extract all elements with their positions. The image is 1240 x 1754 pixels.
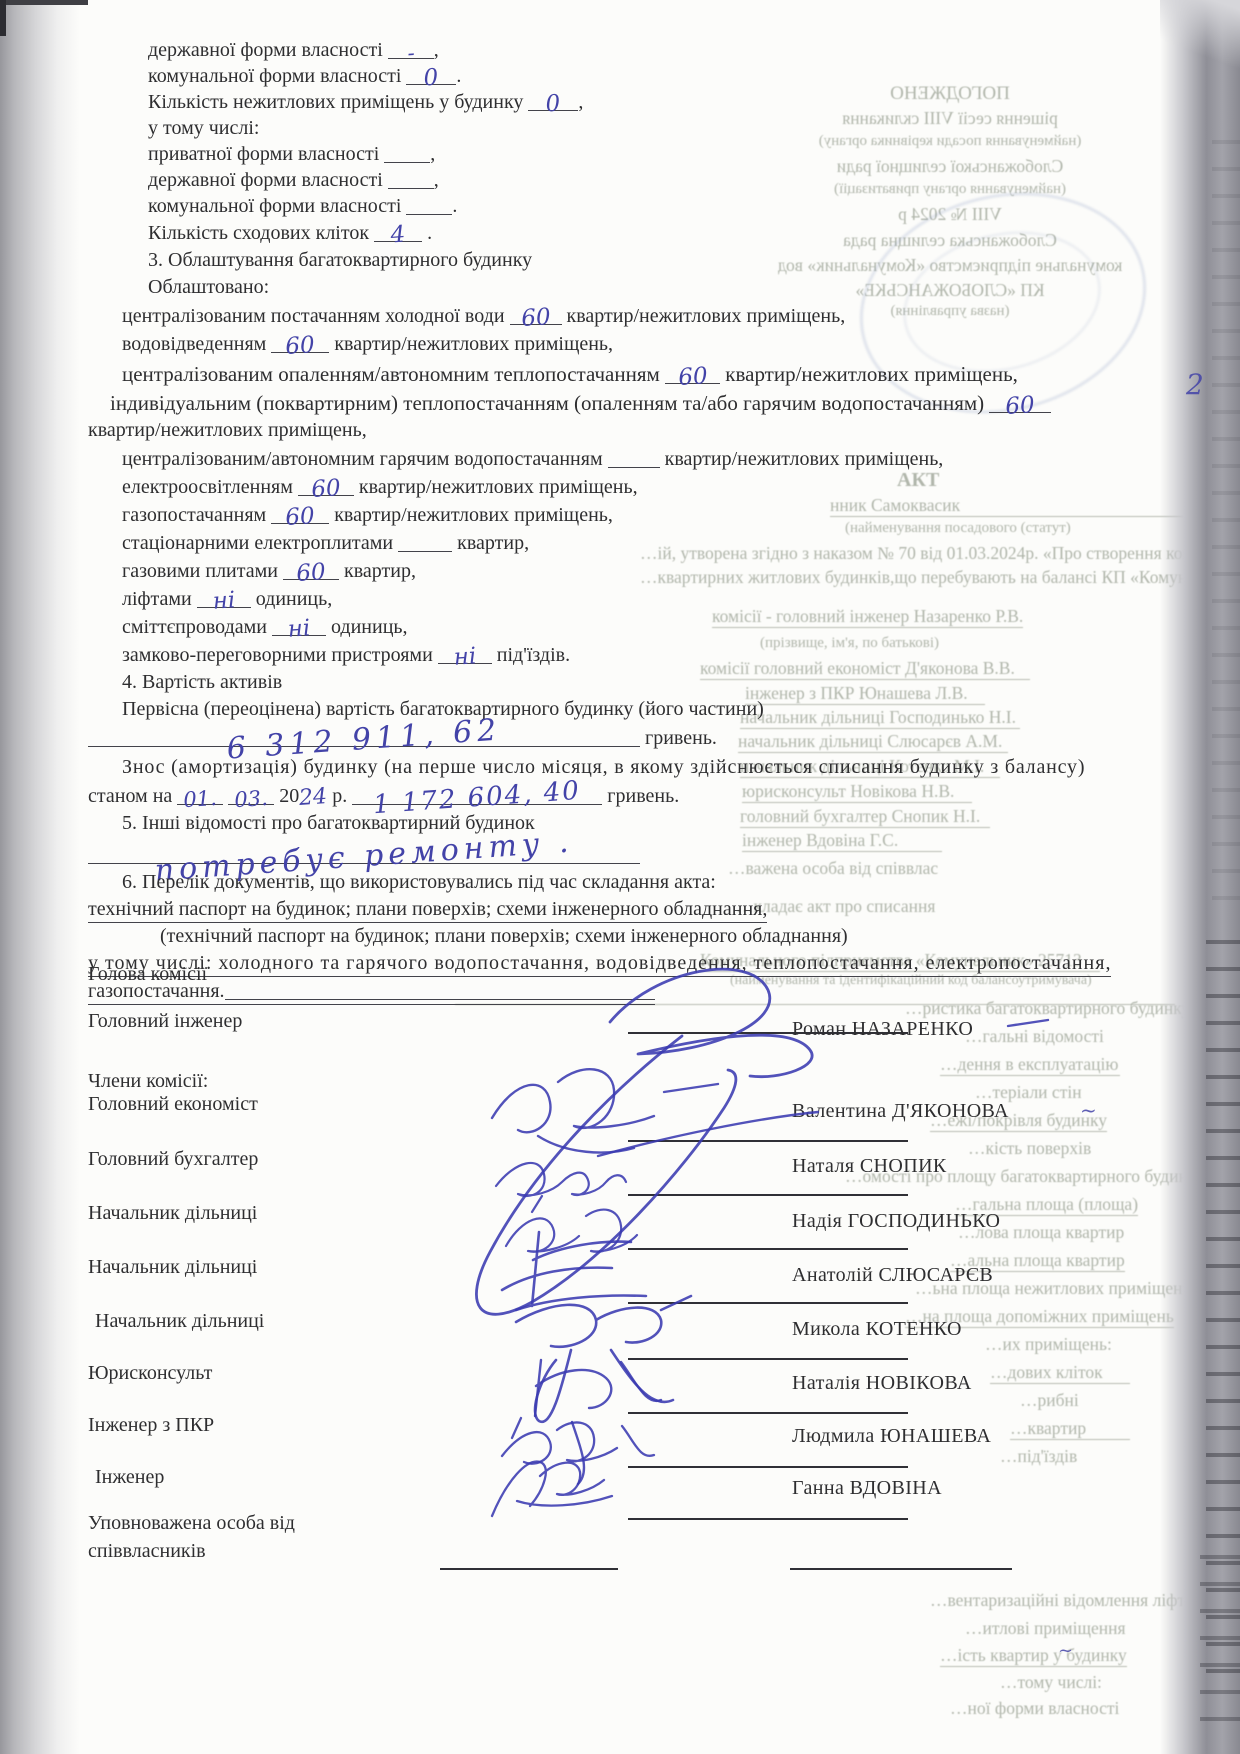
print-text: квартир/нежитлових приміщень, <box>329 333 613 355</box>
print-text: у тому числі: <box>148 117 259 139</box>
bleedthrough-text: (найменування органу приватизації) <box>680 182 1220 197</box>
bleedthrough-text: Слобожанська селищна рада <box>680 232 1220 250</box>
print-text: Знос (амортизація) будинку (на перше чис… <box>122 756 1085 778</box>
print-text: р. <box>327 785 352 807</box>
blank-line: 03. <box>228 787 274 805</box>
handwritten-entry: 03. <box>234 787 269 811</box>
bleedthrough-text: начальник дільниці Господинько Н.І. <box>740 709 1020 729</box>
bleedthrough-text: (прізвище, ім'я, по батькові) <box>760 636 939 651</box>
print-line: стаціонарними електроплитами квартир, <box>122 533 529 554</box>
print-line: Знос (амортизація) будинку (на перше чис… <box>122 757 1085 778</box>
handwritten-entry: 01. <box>183 787 218 811</box>
print-line: централізованим/автономним гарячим водоп… <box>122 449 943 470</box>
print-line: замково-переговорними пристроями ні під'… <box>122 645 570 666</box>
print-text: газовими плитами <box>122 560 283 582</box>
blank-line: 6 312 911, 62 <box>88 729 640 747</box>
handwritten-entry: ні <box>212 588 236 614</box>
blank-line: 60 <box>298 478 354 496</box>
print-line: технічний паспорт на будинок; плани пове… <box>88 899 767 923</box>
bleedthrough-text: комісії - головний інженер Назаренко Р.В… <box>712 608 1023 628</box>
blank-line: 0 <box>406 67 456 85</box>
document-page: ПОГОДЖЕНОрішення сесії VIII скликання(на… <box>0 0 1240 1754</box>
bleedthrough-text: комунальне підприємство «Комунальник» во… <box>680 257 1220 275</box>
print-line: (технічний паспорт на будинок; плани пов… <box>160 926 848 947</box>
print-line: у тому числі: <box>148 118 259 139</box>
print-text: централізованим постачанням холодної вод… <box>122 305 510 327</box>
bleedthrough-text: …вентаризаційні відомлення ліфта <box>930 1592 1193 1610</box>
print-text: під'їздів. <box>492 644 570 666</box>
print-text: квартир, <box>339 560 416 582</box>
blank-line: ні <box>438 646 492 664</box>
print-text: квартир/нежитлових приміщень, <box>660 448 944 470</box>
print-line: газопостачанням 60 квартир/нежитлових пр… <box>122 505 613 526</box>
page-edge-dashes <box>1206 940 1240 1680</box>
blank-line: - <box>388 41 434 59</box>
bleedthrough-text: (найменування посадового (статут) <box>845 521 1071 536</box>
blank-line <box>406 197 452 215</box>
print-text: квартир/нежитлових приміщень, <box>329 504 613 526</box>
print-text: квартир, <box>452 532 529 554</box>
signatory-role-label: Начальник дільниці <box>88 1256 257 1279</box>
print-text: , <box>578 91 583 113</box>
print-line: централізованим опаленням/автономним теп… <box>122 363 1018 385</box>
print-line: державної форми власності -, <box>148 40 439 61</box>
signature-stroke <box>492 1069 718 1152</box>
bleedthrough-text: інженер з ПКР Юнашева Л.В. <box>745 685 985 705</box>
signatory-role-label: Голова комісії <box>88 963 207 986</box>
blank-line: 60 <box>271 506 329 524</box>
print-text: 3. Облаштування багатоквартирного будинк… <box>148 249 532 271</box>
signatory-role-label: Головний інженер <box>88 1010 242 1033</box>
print-text: . <box>452 195 457 217</box>
blank-line <box>608 450 660 468</box>
print-text: квартир/нежитлових приміщень, <box>562 305 846 327</box>
handwritten-entry: 24 <box>299 785 329 810</box>
print-line: централізованим постачанням холодної вод… <box>122 306 845 327</box>
handwritten-entry: 4 <box>390 222 406 247</box>
print-text: одиниць, <box>326 616 408 638</box>
ink-mark: 2 <box>1186 368 1204 401</box>
print-text: централізованим/автономним гарячим водоп… <box>122 448 608 470</box>
signatory-role-label: Головний бухгалтер <box>88 1148 258 1171</box>
scan-corner-mark <box>0 0 6 36</box>
print-text: (технічний паспорт на будинок; плани пов… <box>160 925 848 947</box>
print-text: 6. Перелік документів, що використовувал… <box>122 871 716 893</box>
page-edge-dashes <box>1200 1555 1240 1725</box>
print-line: Кількість нежитлових приміщень у будинку… <box>148 92 583 113</box>
bleedthrough-text: VIII № 2024 р <box>680 206 1220 224</box>
blank-line: 01. <box>177 787 223 805</box>
bleedthrough-text: …ій, утворена згідно з наказом № 70 від … <box>640 545 1240 563</box>
print-text: станом на <box>88 785 177 807</box>
bleedthrough-text: рішення сесії VIII скликання <box>680 110 1220 128</box>
bleedthrough-text: …ість квартир у будинку <box>940 1647 1127 1667</box>
print-text: стаціонарними електроплитами <box>122 532 398 554</box>
signatures-overlay <box>420 960 1100 1580</box>
print-text: централізованим опаленням/автономним теп… <box>122 362 665 386</box>
page-corner <box>1160 0 1240 70</box>
signatory-role-label: Головний економіст <box>88 1093 258 1116</box>
print-text: електроосвітленням <box>122 476 298 498</box>
print-text: 4. Вартість активів <box>122 671 282 693</box>
handwritten-entry: 60 <box>285 504 316 530</box>
handwritten-entry: ні <box>287 616 311 642</box>
handwritten-entry: 60 <box>677 364 708 390</box>
handwritten-entry: 0 <box>545 91 561 116</box>
print-text: індивідуальним (поквартирним) теплопоста… <box>110 391 989 415</box>
print-line: 4. Вартість активів <box>122 672 282 693</box>
handwritten-entry: 60 <box>310 476 341 502</box>
print-line: газовими плитами 60 квартир, <box>122 561 416 582</box>
print-text: , <box>430 143 435 165</box>
print-text: газопостачанням <box>122 504 271 526</box>
print-text: комунальної форми власності <box>148 195 406 217</box>
bleedthrough-text: головний бухгалтер Снопик Н.І. <box>740 808 990 828</box>
signatory-role-label: Начальник дільниці <box>88 1202 257 1225</box>
signature-stroke <box>598 1020 1048 1156</box>
handwritten-entry: 60 <box>520 305 551 331</box>
print-line: потребує ремонту . <box>88 845 640 866</box>
print-line: станом на 01. 03. 2024 р. 1 172 604, 40 … <box>88 786 679 809</box>
print-line: комунальної форми власності 0. <box>148 66 461 87</box>
blank-line: ні <box>272 618 326 636</box>
blank-line: 1 172 604, 40 <box>352 787 602 805</box>
handwritten-entry: 60 <box>285 333 316 359</box>
blank-line <box>398 534 452 552</box>
print-text: сміттєпроводами <box>122 616 272 638</box>
bleedthrough-text: ПОГОДЖЕНО <box>680 84 1220 103</box>
signatory-role-label: співвласників <box>88 1540 206 1563</box>
bleedthrough-text: комісії головний економіст Д'яконова В.В… <box>700 660 1030 680</box>
print-text: ліфтами <box>122 588 197 610</box>
handwritten-entry: 0 <box>423 65 439 90</box>
print-text: Кількість нежитлових приміщень у будинку <box>148 91 528 113</box>
handwritten-entry: 60 <box>1005 393 1036 419</box>
blank-line: 4 <box>374 224 422 242</box>
blank-line <box>388 171 434 189</box>
print-text: гривень. <box>602 785 679 807</box>
print-line: сміттєпроводами ні одиниць, <box>122 617 408 638</box>
print-line: індивідуальним (поквартирним) теплопоста… <box>110 392 1051 414</box>
print-line: ліфтами ні одиниць, <box>122 589 332 610</box>
bleedthrough-text: АКТ <box>897 470 939 490</box>
signatory-role-label: Начальник дільниці <box>95 1310 264 1333</box>
signatory-role-label: Інженер з ПКР <box>88 1414 214 1437</box>
bleedthrough-text: …ної форми власності <box>950 1700 1119 1718</box>
print-text: одиниць, <box>251 588 333 610</box>
print-text: державної форми власності <box>148 39 388 61</box>
signatory-role-label: Члени комісії: <box>88 1070 208 1093</box>
print-text: 20 <box>274 785 299 807</box>
handwritten-entry: 60 <box>296 560 327 586</box>
print-text: , <box>434 169 439 191</box>
signature-stroke <box>506 1196 637 1252</box>
print-text: квартир/нежитлових приміщень, <box>354 476 638 498</box>
signatory-role-label: Юрисконсульт <box>88 1362 212 1385</box>
blank-line: потребує ремонту . <box>88 846 640 864</box>
blank-line: 0 <box>528 93 578 111</box>
ink-mark: ~ <box>1080 1098 1097 1122</box>
print-text: державної форми власності <box>148 169 388 191</box>
blank-line: 60 <box>510 307 562 325</box>
ink-mark: ~ <box>1058 1640 1073 1661</box>
print-text: водовідведенням <box>122 333 271 355</box>
bleedthrough-text: (найменування посади керівника органу) <box>680 134 1220 149</box>
print-line: державної форми власності , <box>148 170 439 191</box>
signature-stroke <box>492 1462 612 1516</box>
print-text: замково-переговорними пристроями <box>122 644 438 666</box>
bleedthrough-text: інженер Вдовіна Г.С. <box>742 832 942 852</box>
signature-stroke <box>610 969 812 1077</box>
bleedthrough-text: …итлові приміщення <box>965 1620 1126 1638</box>
print-text: , <box>434 39 439 61</box>
print-text: квартир/нежитлових приміщень, <box>88 419 367 441</box>
print-text: . <box>456 65 461 87</box>
print-text: квартир/нежитлових приміщень, <box>720 362 1018 386</box>
bleedthrough-text: …важена особа від співвлас <box>728 860 938 878</box>
signatory-role-label: Інженер <box>95 1466 164 1489</box>
print-line: квартир/нежитлових приміщень, <box>88 420 367 441</box>
print-line: комунальної форми власності . <box>148 196 457 217</box>
blank-line: 60 <box>989 394 1051 413</box>
print-line: 6. Перелік документів, що використовувал… <box>122 872 716 893</box>
blank-line <box>384 145 430 163</box>
blank-line: 60 <box>283 562 339 580</box>
print-text: комунальної форми власності <box>148 65 406 87</box>
blank-line: 60 <box>665 365 720 384</box>
print-line: водовідведенням 60 квартир/нежитлових пр… <box>122 334 613 355</box>
signatory-role-label: Уповноважена особа від <box>88 1512 295 1535</box>
signature-stroke <box>476 1036 735 1314</box>
page-left-edge-shadow <box>0 0 80 1754</box>
signature-stroke <box>496 1163 626 1196</box>
bleedthrough-text: …тому числі: <box>1000 1674 1102 1692</box>
print-text: Кількість сходових кліток <box>148 222 374 244</box>
print-line: Облаштовано: <box>148 277 269 298</box>
bleedthrough-text: …квартирних житлових будинків,що перебув… <box>640 569 1240 587</box>
bleedthrough-text: начальник дільниці Слюсарєв А.М. <box>738 733 1008 753</box>
print-line: 3. Облаштування багатоквартирного будинк… <box>148 250 532 271</box>
handwritten-entry: - <box>406 42 415 64</box>
print-line: електроосвітленням 60 квартир/нежитлових… <box>122 477 638 498</box>
print-line: 6 312 911, 62 гривень. <box>88 728 717 749</box>
bleedthrough-text: Слобожанської селищної ради <box>680 158 1220 176</box>
print-text: приватної форми власності <box>148 143 384 165</box>
print-text: гривень. <box>640 727 717 749</box>
print-text: технічний паспорт на будинок; плани пове… <box>88 898 767 920</box>
bleedthrough-text: нник Самоквасик <box>830 497 1230 517</box>
print-text: . <box>422 222 432 244</box>
blank-line: 60 <box>271 335 329 353</box>
blank-line: ні <box>197 590 251 608</box>
print-text: Облаштовано: <box>148 276 269 298</box>
handwritten-entry: ні <box>453 644 477 670</box>
scan-top-edge <box>0 0 88 5</box>
print-line: Кількість сходових кліток 4 . <box>148 223 432 244</box>
bleedthrough-text: КП «СЛОБОЖАНСЬКЕ» <box>680 282 1220 300</box>
print-line: приватної форми власності , <box>148 144 435 165</box>
bleedthrough-text: юрисконсульт Новікова Н.В. <box>742 783 972 803</box>
